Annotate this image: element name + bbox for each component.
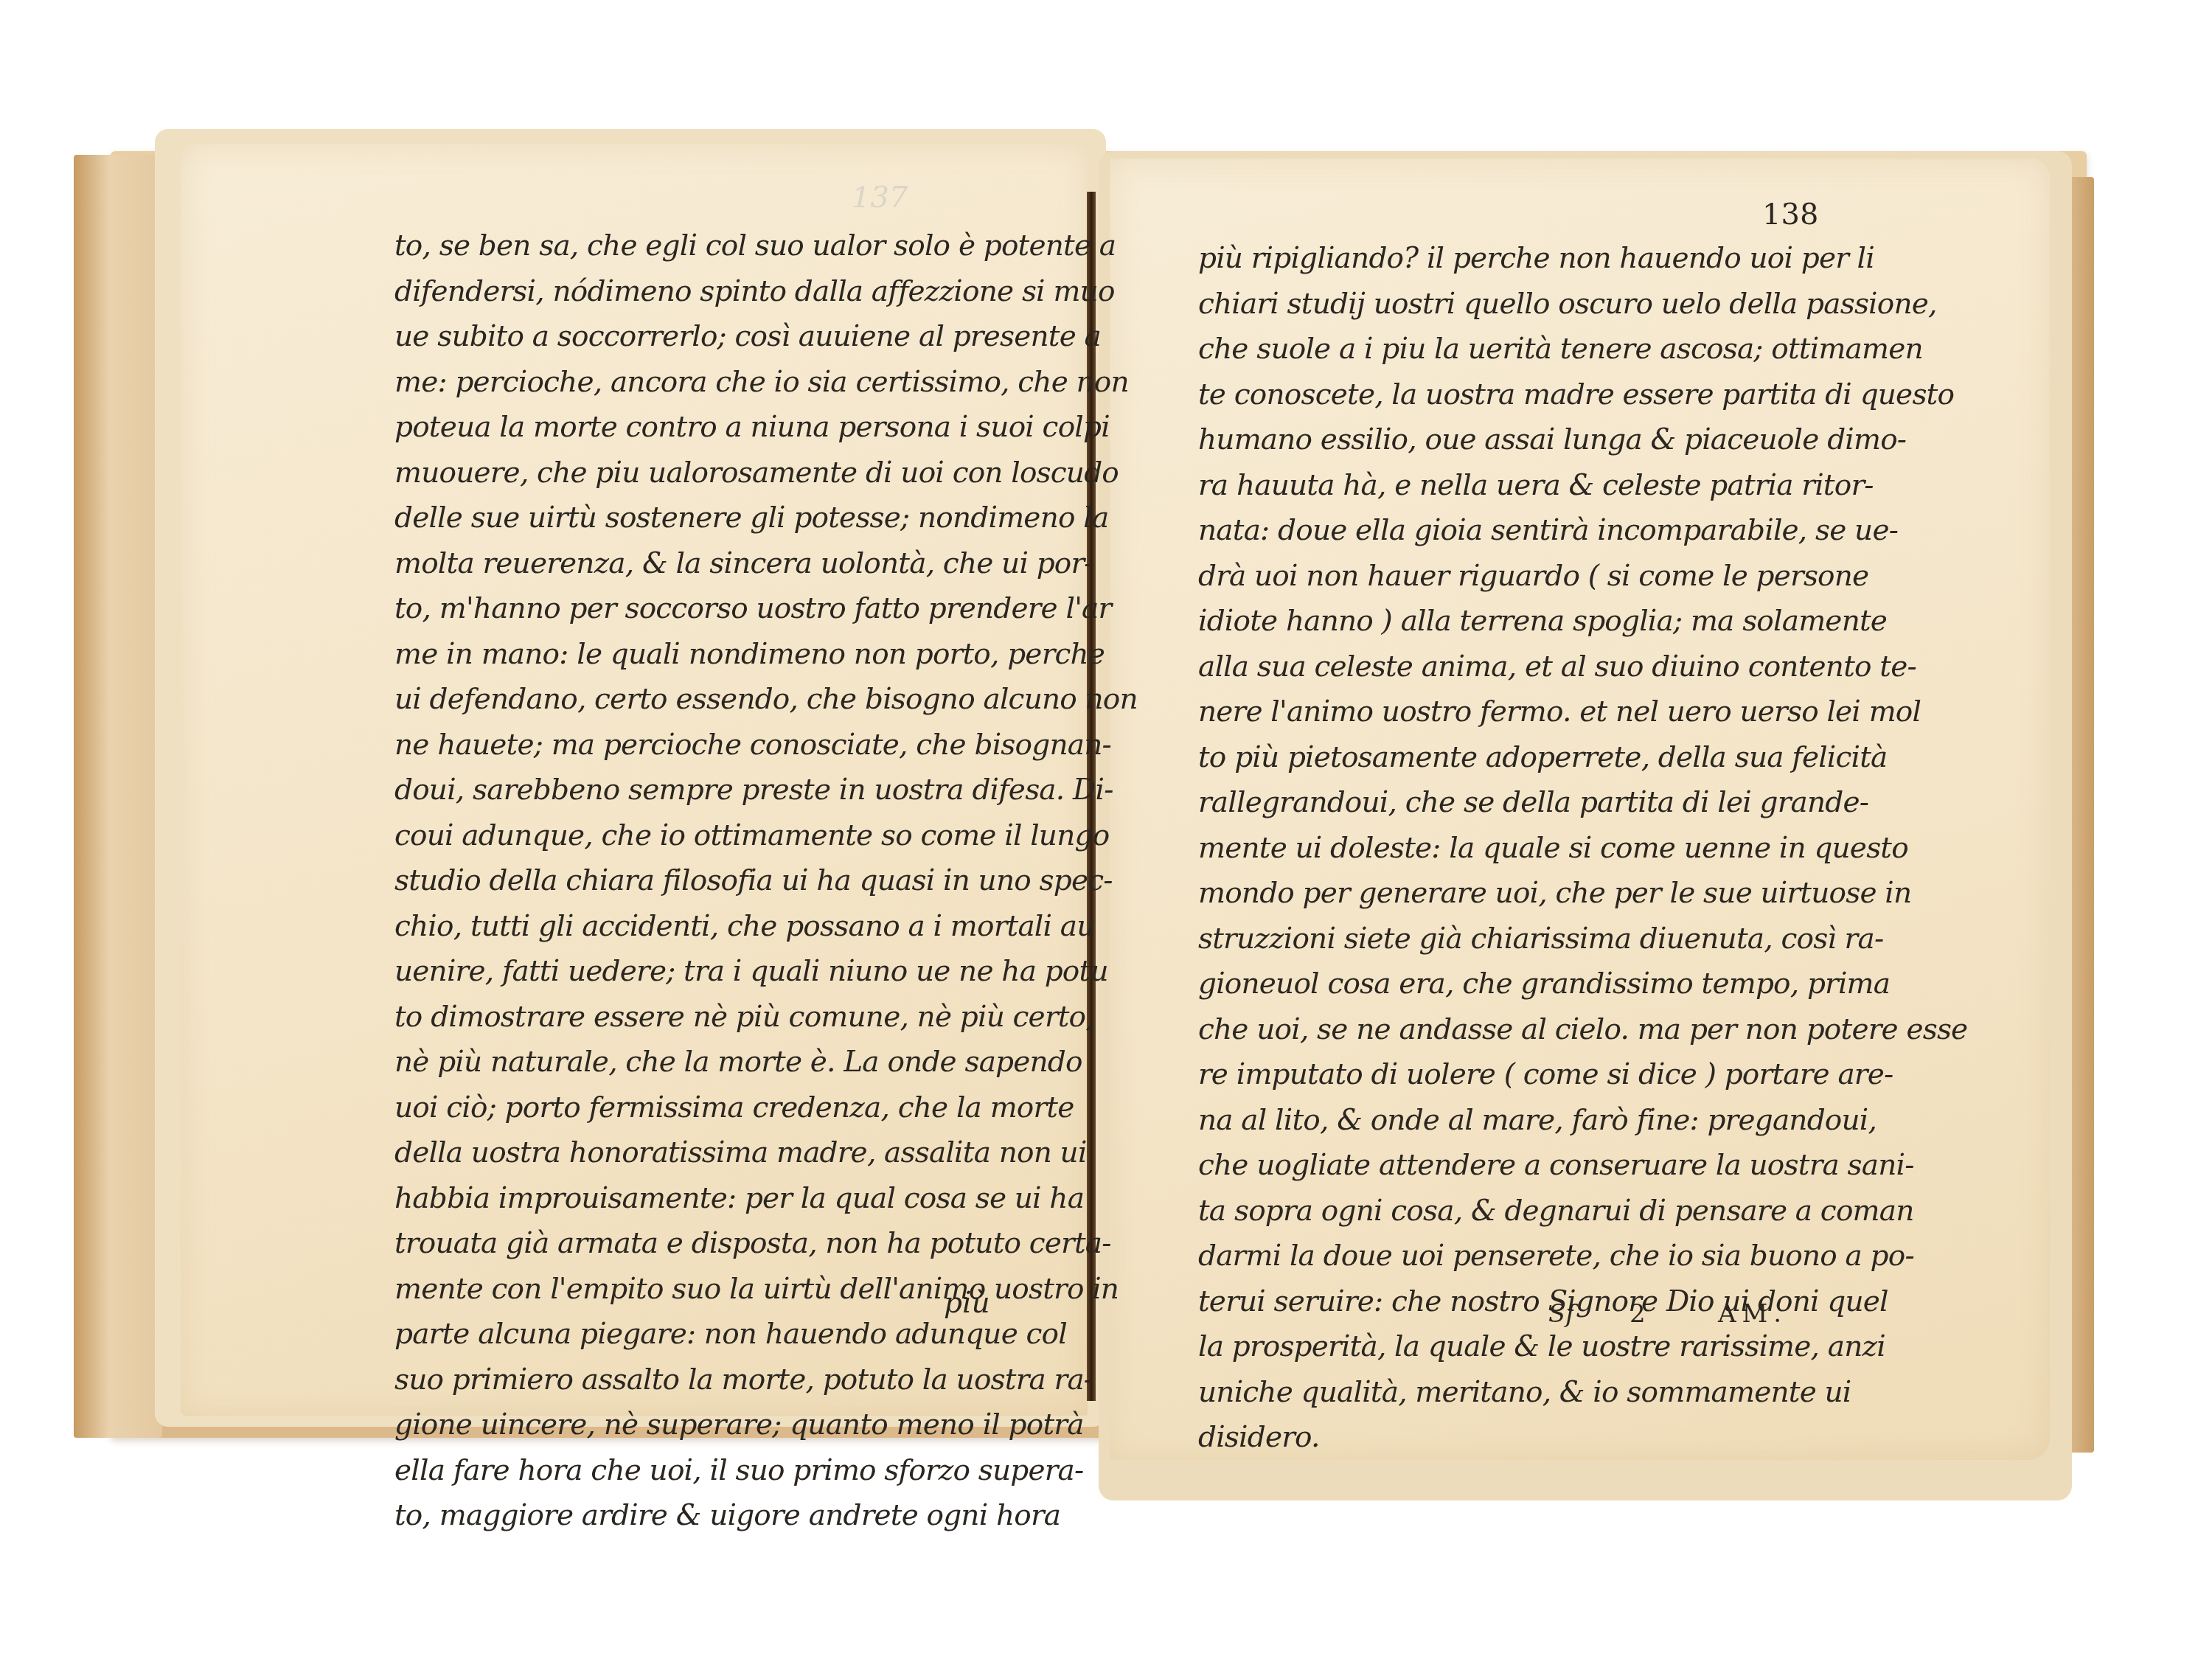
left-catchword: più [944, 1287, 990, 1320]
text-line: più ripigliando? il perche non hauendo u… [1198, 236, 1814, 282]
left-page-text: to, se ben sa, che egli col suo ualor so… [394, 223, 999, 1539]
text-line: to dimostrare essere nè più comune, nè p… [394, 995, 999, 1040]
text-line: ue subito a soccorrerlo; così auuiene al… [394, 314, 999, 360]
text-line: che uoi, se ne andasse al cielo. ma per … [1198, 1007, 1814, 1053]
text-line: ui defendano, certo essendo, che bisogno… [394, 677, 999, 723]
text-line: parte alcuna piegare: non hauendo adunqu… [394, 1312, 999, 1357]
text-line: doui, sarebbeno sempre preste in uostra … [394, 768, 999, 813]
text-line: to, se ben sa, che egli col suo ualor so… [394, 223, 999, 269]
text-line: nè più naturale, che la morte è. La onde… [394, 1040, 999, 1085]
left-ghost-folio: 137 [852, 181, 908, 215]
signature-number: 2 [1630, 1299, 1646, 1329]
text-line: coui adunque, che io ottimamente so come… [394, 813, 999, 859]
text-line: idiote hanno ) alla terrena spoglia; ma … [1198, 599, 1814, 644]
text-line: me: percioche, ancora che io sia certiss… [394, 360, 999, 406]
text-line: na al lito, & onde al mare, farò fine: p… [1198, 1098, 1814, 1144]
right-page-text: più ripigliando? il perche non hauendo u… [1198, 236, 1814, 1461]
right-catchword: AM. [1718, 1299, 1787, 1329]
text-line: rallegrandoui, che se della partita di l… [1198, 780, 1814, 826]
text-line: ra hauuta hà, e nella uera & celeste pat… [1198, 463, 1814, 509]
text-line: alla sua celeste anima, et al suo diuino… [1198, 644, 1814, 690]
text-line: poteua la morte contro a niuna persona i… [394, 405, 999, 451]
text-line: to, maggiore ardire & uigore andrete ogn… [394, 1493, 999, 1539]
text-line: mondo per generare uoi, che per le sue u… [1198, 871, 1814, 917]
text-line: me in mano: le quali nondimeno non porto… [394, 632, 999, 678]
text-line: mente ui doleste: la quale si come uenne… [1198, 826, 1814, 872]
cover-left-edge [74, 155, 162, 1438]
text-line: nere l'animo uostro fermo. et nel uero u… [1198, 689, 1814, 735]
text-line: ne hauete; ma percioche conosciate, che … [394, 723, 999, 768]
text-line: trouata già armata e disposta, non ha po… [394, 1221, 999, 1267]
text-line: suo primiero assalto la morte, potuto la… [394, 1357, 999, 1403]
text-line: che uogliate attendere a conseruare la u… [1198, 1143, 1814, 1189]
signature-mark: Sſ [1548, 1299, 1575, 1329]
text-line: darmi la doue uoi penserete, che io sia … [1198, 1234, 1814, 1279]
text-line: difendersi, nódimeno spinto dalla affezz… [394, 269, 999, 315]
text-line: to, m'hanno per soccorso uostro fatto pr… [394, 586, 999, 632]
text-line: ta sopra ogni cosa, & degnarui di pensar… [1198, 1189, 1814, 1234]
text-line: gione uincere, nè superare; quanto meno … [394, 1402, 999, 1448]
text-line: gioneuol cosa era, che grandissimo tempo… [1198, 961, 1814, 1007]
text-line: ella fare hora che uoi, il suo primo sfo… [394, 1448, 999, 1494]
text-line: disidero. [1198, 1415, 1814, 1461]
text-line: habbia improuisamente: per la qual cosa … [394, 1176, 999, 1222]
right-folio-number: 138 [1762, 198, 1818, 232]
text-line: struzzioni siete già chiarissima diuenut… [1198, 917, 1814, 962]
text-line: uoi ciò; porto fermissima credenza, che … [394, 1085, 999, 1131]
text-line: che suole a i piu la uerità tenere ascos… [1198, 327, 1814, 372]
text-line: la prosperità, la quale & le uostre rari… [1198, 1324, 1814, 1370]
text-line: mente con l'empito suo la uirtù dell'ani… [394, 1267, 999, 1312]
text-line: re imputato di uolere ( come si dice ) p… [1198, 1052, 1814, 1098]
text-line: studio della chiara filosofia ui ha quas… [394, 858, 999, 904]
text-line: drà uoi non hauer riguardo ( si come le … [1198, 554, 1814, 599]
text-line: nata: doue ella gioia sentirà incomparab… [1198, 508, 1814, 554]
text-line: uniche qualità, meritano, & io sommament… [1198, 1370, 1814, 1416]
text-line: della uostra honoratissima madre, assali… [394, 1130, 999, 1176]
text-line: chiari studij uostri quello oscuro uelo … [1198, 282, 1814, 327]
text-line: muouere, che piu ualorosamente di uoi co… [394, 451, 999, 496]
text-line: delle sue uirtù sostenere gli potesse; n… [394, 495, 999, 541]
text-line: uenire, fatti uedere; tra i quali niuno … [394, 949, 999, 995]
text-line: chio, tutti gli accidenti, che possano a… [394, 904, 999, 950]
text-line: humano essilio, oue assai lunga & piaceu… [1198, 417, 1814, 463]
text-line: to più pietosamente adoperrete, della su… [1198, 735, 1814, 781]
text-line: te conoscete, la uostra madre essere par… [1198, 372, 1814, 418]
text-line: molta reuerenza, & la sincera uolontà, c… [394, 541, 999, 587]
